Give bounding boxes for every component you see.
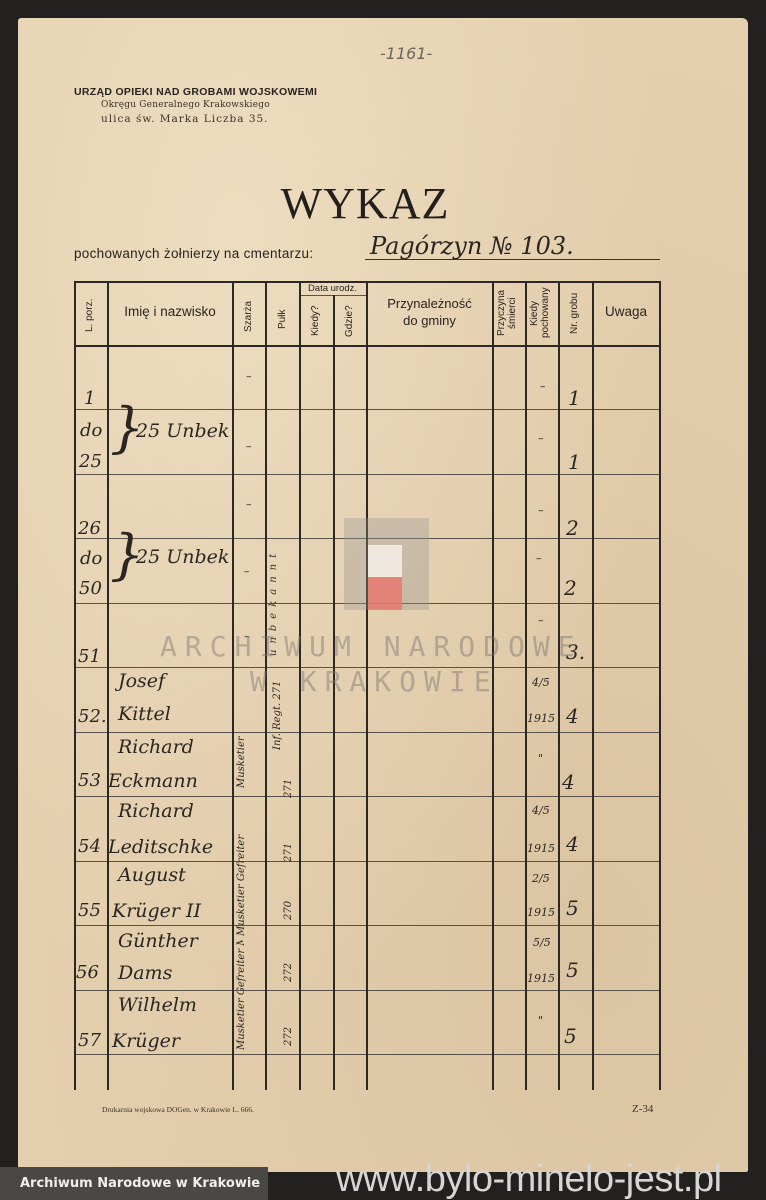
row-line (74, 925, 661, 926)
grave-number: 2 (566, 516, 579, 540)
lp-range-to: do (80, 420, 102, 441)
rank-mark: – (246, 440, 252, 453)
header-buried-when: Kiedy pochowany (529, 284, 555, 342)
col-line (232, 281, 234, 1090)
entry-first-name: Josef (118, 670, 165, 692)
header-regiment: Pułk (277, 300, 288, 338)
entry-first-name: Richard (118, 800, 194, 822)
buried-mark: – (536, 552, 542, 565)
flag-white-icon (368, 545, 402, 577)
lp-range-start: 26 (78, 518, 101, 539)
row-line (74, 732, 661, 733)
buried-date: 2/5 (532, 872, 550, 885)
grave-number: 5 (566, 958, 579, 982)
entry-last-name: Krüger II (112, 900, 201, 922)
buried-mark: – (540, 380, 546, 393)
entry-last-name: Eckmann (108, 770, 198, 792)
watermark-line-1: ARCHIWUM NARODOWE (160, 630, 583, 663)
col-line (525, 281, 527, 1090)
form-number: Z-34 (632, 1103, 653, 1115)
entry-first-name: Wilhelm (118, 994, 197, 1016)
entry-lp: 57 (78, 1030, 101, 1051)
cemetery-underline (365, 259, 660, 260)
buried-date: 4/5 (532, 676, 550, 689)
office-address: ulica św. Marka Liczba 35. (101, 113, 269, 125)
buried-year: 1915 (527, 906, 555, 919)
entry-first-name: Richard (118, 736, 194, 758)
entry-name: 25 Unbek (136, 420, 229, 442)
archive-credit: Archiwum Narodowe w Krakowie (20, 1176, 260, 1191)
grave-number: 4 (566, 832, 579, 856)
entry-first-name: Günther (118, 930, 198, 952)
rank-text: Musketier Gefreiter Musketier (236, 940, 247, 1050)
grave-number: 2 (564, 576, 577, 600)
regiment-ditto-marks: unbekannt (268, 356, 279, 656)
regiment-text: 271 (283, 822, 294, 862)
entry-name: 25 Unbek (136, 546, 229, 568)
buried-date: " (538, 1014, 543, 1027)
entry-lp: 54 (78, 836, 101, 857)
lp-range-to: do (80, 548, 102, 569)
row-line (74, 1054, 661, 1055)
buried-year: 1915 (527, 842, 555, 855)
regiment-text: 271 (283, 758, 294, 798)
header-birth-where: Gdzie? (344, 300, 355, 342)
grave-number: 1 (568, 450, 581, 474)
cemetery-name: Pagórzyn № 103. (370, 232, 574, 260)
entry-first-name: August (118, 864, 186, 886)
grave-number: 4 (566, 704, 579, 728)
row-line (74, 990, 661, 991)
header-grave-number: Nr. grobu (569, 286, 580, 340)
entry-lp: 56 (76, 962, 99, 983)
entry-last-name: Krüger (112, 1030, 180, 1052)
header-bottom-border (74, 345, 661, 347)
header-municipality-2: do gminy (367, 313, 492, 328)
flag-red-icon (368, 577, 402, 610)
row-line (74, 796, 661, 797)
entry-lp: 55 (78, 900, 101, 921)
rank-mark: – (246, 370, 252, 383)
header-rank: Szarża (243, 294, 254, 338)
regiment-text: 272 (283, 1006, 294, 1046)
archive-number: -1161- (380, 44, 432, 63)
lp-range-end: 50 (79, 578, 102, 599)
entry-lp: 53 (78, 770, 101, 791)
entry-last-name: Leditschke (108, 836, 213, 858)
buried-mark: – (538, 432, 544, 445)
buried-date: 5/5 (533, 936, 551, 949)
buried-date: 4/5 (532, 804, 550, 817)
lp-range-end: 25 (79, 451, 102, 472)
document-subtitle: pochowanych żołnierzy na cmentarzu: (74, 246, 313, 261)
buried-mark: – (538, 504, 544, 517)
rank-mark: – (246, 498, 252, 511)
grave-number: 5 (566, 896, 579, 920)
rank-text: Musketier (236, 678, 247, 788)
row-line (74, 861, 661, 862)
site-watermark: www.bylo-minelo-jest.pl (336, 1158, 722, 1200)
buried-year: 1915 (527, 972, 555, 985)
table-top-border (74, 281, 661, 283)
buried-year: 1915 (527, 712, 555, 725)
grave-number: 1 (568, 386, 581, 410)
col-line (558, 281, 560, 1090)
header-birth-when: Kiedy? (310, 300, 321, 342)
row-line (74, 474, 661, 475)
regiment-text: 272 (283, 942, 294, 982)
entry-lp: 51 (78, 646, 101, 667)
entry-last-name: Dams (118, 962, 172, 984)
col-line (107, 281, 109, 1090)
header-municipality-1: Przynależność (367, 296, 492, 311)
document-title: WYKAZ (0, 178, 730, 229)
grave-number: 4 (562, 770, 575, 794)
office-name: URZĄD OPIEKI NAD GROBAMI WOJSKOWEMI (74, 86, 317, 98)
rank-mark: – (244, 565, 250, 578)
grave-number: 5 (564, 1024, 577, 1048)
col-line (659, 281, 661, 1090)
header-lp: L. porz. (84, 290, 95, 340)
col-line (592, 281, 594, 1090)
entry-lp: 52. (78, 706, 107, 727)
buried-date: " (538, 752, 543, 765)
regiment-text: 270 (283, 880, 294, 920)
watermark-line-2: W KRAKOWIE (250, 665, 499, 698)
buried-mark: – (538, 614, 544, 627)
header-name: Imię i nazwisko (108, 304, 232, 319)
printer-imprint: Drukarnia wojskowa DOGen. w Krakowie L. … (102, 1105, 254, 1114)
lp-range-start: 1 (84, 388, 95, 409)
rank-text: Musketier Gefreiter (236, 796, 247, 936)
header-note: Uwaga (593, 304, 659, 319)
entry-last-name: Kittel (118, 703, 171, 725)
header-cause-of-death: Przyczyna śmierci (496, 284, 522, 342)
header-birth-date: Data urodz. (299, 283, 366, 294)
office-district: Okręgu Generalnego Krakowskiego (101, 100, 270, 110)
